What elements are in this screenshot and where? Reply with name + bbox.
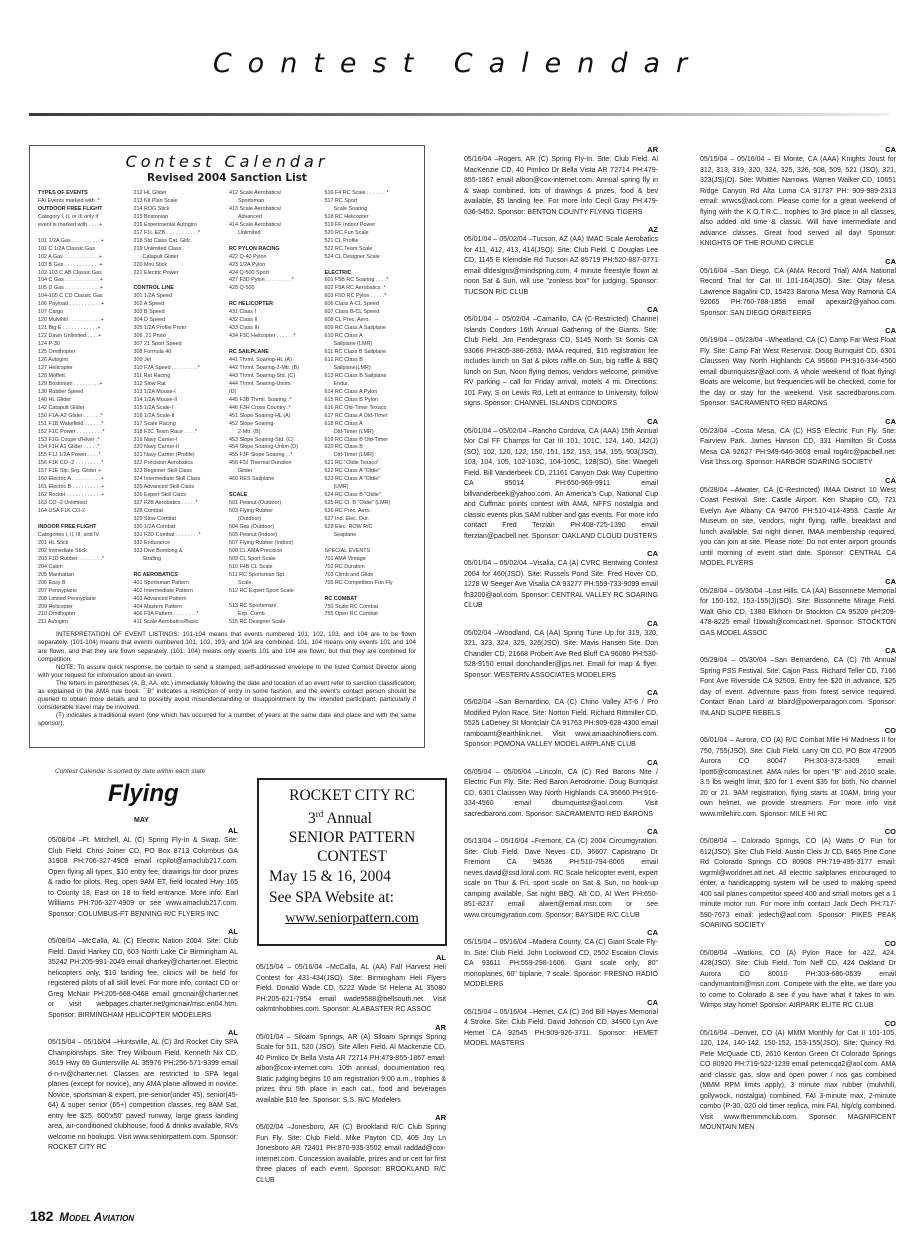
event-code: 163 CO -2 Unlimited	[38, 500, 130, 508]
state-label: CA	[464, 417, 658, 427]
spacer	[229, 484, 321, 492]
contest-entry: 05/01/04 – Siloam Springs, AR (A) Siloam…	[256, 1033, 446, 1107]
state-label: CA	[464, 758, 658, 768]
event-code: 213 Kit Plan Scale	[134, 198, 226, 206]
event-code: Old-Timer (LMR)	[325, 429, 417, 437]
event-code: Old-Timer (LMR)	[325, 452, 417, 460]
event-code: 509 CL Sport Scale	[229, 556, 321, 564]
event-code: 311 Rat Racing	[134, 373, 226, 381]
event-code: 220 Mini Stick	[134, 262, 226, 270]
state-label: CA	[700, 577, 896, 587]
state-label: AZ	[464, 225, 658, 235]
magazine-name: Model Aviation	[59, 1212, 134, 1224]
event-code: 422 Q-40 Pylon	[229, 254, 321, 262]
contest-entry: 05/23/04 –Costa Mesa, CA (C) HSS Electri…	[700, 427, 896, 469]
event-code: 512 RC Expert Sport Scale	[229, 588, 321, 596]
event-code: 702 RC Duration	[325, 564, 417, 572]
event-code: 505 Peanut (Indoor)	[229, 532, 321, 540]
event-code: 427 F3D Pylon . . . . . . . . .*	[229, 277, 321, 285]
category-header: RC AEROBATICS	[134, 572, 226, 580]
contest-entry: 05/02/04 –Woodland, CA (AA) Spring Tune …	[464, 629, 658, 682]
event-code: 326 Expert Skill Class	[134, 492, 226, 500]
event-code: 303 B Speed	[134, 309, 226, 317]
event-code: 606 Class A-CL Speed	[325, 301, 417, 309]
spacer	[134, 277, 226, 285]
note-paragraph: The letters in parentheses (A, B, AA, et…	[38, 680, 416, 712]
event-code: 217 F1L EZB . . . . . . . . . . .*	[134, 230, 226, 238]
event-code: 330 1/2A Combat	[134, 524, 226, 532]
category-header: RC SAILPLANE	[229, 349, 321, 357]
event-code: 609 RC Class A Sailplane	[325, 325, 417, 333]
event-code: 513 RC Sportsman/	[229, 603, 321, 611]
event-code: 432 Class II	[229, 317, 321, 325]
event-code: (LMR)	[325, 484, 417, 492]
event-code: 442 Thrml. Soaring-2-Mtr. (B)	[229, 365, 321, 373]
page-title: Contest Calendar	[0, 48, 916, 79]
event-code: 610 RC Class A	[325, 333, 417, 341]
event-code: 2-Mtr. (B)	[229, 429, 321, 437]
event-code: 156 F1K CO -2 . . . . . . . . .*	[38, 460, 130, 468]
contest-entry: 05/15/04 – 05/16/04 –McCalla, AL (AA) Fa…	[256, 963, 446, 1016]
event-code: Seaplane	[325, 532, 417, 540]
event-code: 444 Thrml. Soaring-Unlim.	[229, 381, 321, 389]
event-code: 615 RC Class B Pylon	[325, 397, 417, 405]
ad-line: 3rd Annual	[263, 805, 441, 828]
event-code: 142 Catapult Glider	[38, 405, 130, 413]
event-code: 522 RC Team Scale	[325, 246, 417, 254]
event-code: 221 Electric Power	[134, 270, 226, 278]
note-paragraph: (T) indicates a traditional event (one w…	[38, 712, 416, 728]
event-code: (Outdoor)	[229, 516, 321, 524]
sanction-box-title: Contest Calendar	[38, 152, 416, 171]
category-header: OUTDOOR FREE FLIGHT	[38, 206, 130, 214]
spacer	[134, 564, 226, 572]
event-code: Strafing	[134, 556, 226, 564]
contest-entry: 05/01/04 – Aurora, CO (A) R/C Combat Mil…	[700, 736, 896, 820]
event-code: 304 D Speed	[134, 317, 226, 325]
event-code: 406 F3A Pattern . . . . . . . .*	[134, 611, 226, 619]
event-code: (D)	[229, 389, 321, 397]
event-code: 520 RC Fun Scale	[325, 230, 417, 238]
event-code: 621 RC "Oldie Texaco"	[325, 460, 417, 468]
event-code: 152 F1C Power . . . . . . . . .*	[38, 429, 130, 437]
category-header: RC PYLON RACING	[229, 246, 321, 254]
event-code: 515 RC Designer Scale	[229, 619, 321, 627]
ad-annual: Annual	[323, 810, 372, 827]
sanction-column: 412 Scale Aerobatics/Sportsman413 Scale …	[229, 190, 321, 627]
event-code: 207 Pennyplane	[38, 588, 130, 596]
event-code: Category I, II, or III only if	[38, 214, 130, 222]
contest-entry: 05/01/04 – 05/02/04 –Rancho Cordova, CA …	[464, 427, 658, 543]
sanction-column: 516 F4 RC Scale . . . . . . .*517 RC Spo…	[325, 190, 417, 627]
spacer	[38, 230, 130, 238]
event-code: 622 RC Class A "Oldie"	[325, 468, 417, 476]
event-code: 616 RC Old-Timer Texaco	[325, 405, 417, 413]
sort-note: Contest Calendar is sorted by date withi…	[55, 768, 205, 775]
event-code: SPECIAL EVENTS	[325, 548, 417, 556]
event-code: 521 CL Profile	[325, 238, 417, 246]
event-code: 424 Q-500 Sport	[229, 270, 321, 278]
contest-entry: 05/15/04 – 05/16/04 –Madera County, CA (…	[464, 938, 658, 991]
spacer	[325, 540, 417, 548]
event-code: 428 Q-500	[229, 285, 321, 293]
event-code: 519 FF Indoor Power	[325, 222, 417, 230]
event-code: 601 F5B RC Soaring . . . .*	[325, 277, 417, 285]
event-code: 209 Helicopter	[38, 604, 130, 612]
event-code: 306 .21 Proto	[134, 333, 226, 341]
event-code: 443 Thrml. Soaring-Std. (C)	[229, 373, 321, 381]
event-code: 202 Immediate Stick	[38, 548, 130, 556]
page-number: 182	[30, 1208, 53, 1224]
event-code: 613 RC Class B Sailplane	[325, 373, 417, 381]
event-code: 516 F4 RC Scale . . . . . . .*	[325, 190, 417, 198]
event-code: 301 1/2A Speed	[134, 293, 226, 301]
category-header: RC HELICOPTER	[229, 301, 321, 309]
state-label: CA	[700, 476, 896, 486]
event-code: 310 F2A Speed . . . . . . . . .*	[134, 365, 226, 373]
event-code: 413 Scale Aerobatics/	[229, 206, 321, 214]
contest-entry: 05/15/04 – 05/16/04 – El Monte, CA (AAA)…	[700, 155, 896, 250]
contest-entry: 05/16/04 –Denver, CO (A) MMM Monthly for…	[700, 1029, 896, 1134]
note-paragraph: NOTE: To assure quick response, be certa…	[38, 664, 416, 680]
event-code: 318 F2C Team Race . . . .*	[134, 429, 226, 437]
event-code: 127 Helicopter	[38, 365, 130, 373]
contest-entry: 05/05/04 – 05/06/04 –Lincoln, CA (C) Red…	[464, 768, 658, 821]
spacer	[229, 596, 321, 604]
event-code: 404 Masters Pattern	[134, 604, 226, 612]
event-code: 107 Cargo	[38, 309, 130, 317]
state-label: CA	[464, 827, 658, 837]
event-code: 322 Precision Aerobatics	[134, 460, 226, 468]
contest-entry: 05/15/04 – 05/16/04 –Hemet, CA (C) 2nd B…	[464, 1008, 658, 1050]
rocket-city-ad: ROCKET CITY RC 3rd Annual SENIOR PATTERN…	[257, 778, 447, 946]
event-code: Categories I, II, III, and IV	[38, 532, 130, 540]
event-code: 317 Scale Racing	[134, 421, 226, 429]
contest-entry: 05/08/04 – Colorado Springs, CO (A) Watt…	[700, 837, 896, 932]
ad-line: SENIOR PATTERN	[263, 828, 441, 847]
event-code: 412 Scale Aerobatics/	[229, 190, 321, 198]
state-label: CA	[464, 928, 658, 938]
contest-entry: 05/01/04 – 05/02/04 –Visalia, CA (A) CVR…	[464, 559, 658, 612]
event-code: 120 Mulvihill . . . . . . . . . . .+	[38, 317, 130, 325]
contest-entry: 05/28/04 –Atwater, CA (C-Restricted) IMA…	[700, 486, 896, 570]
event-code: 212 HL Glider	[134, 190, 226, 198]
event-code: 320 Navy Carrier-II	[134, 444, 226, 452]
event-code: 625 RC Cl. B "Oldie" (LMR)	[325, 500, 417, 508]
event-code: 102-103 C AB Classic Gas	[38, 270, 130, 278]
sanction-column: TYPES OF EVENTSFAI Events marked with .*…	[38, 190, 130, 627]
event-code: 314 1/2A Mouse-II	[134, 397, 226, 405]
contest-entry: 05/02/04 –San Bernardino, CA (C) Chino V…	[464, 698, 658, 751]
event-code: 331 F2D Combat . . . . . . . .*	[134, 532, 226, 540]
event-code: 620 RC Class B	[325, 444, 417, 452]
event-code: 104 C Gas . . . . . . . . . . . .+	[38, 277, 130, 285]
contest-entry: 05/08/04 –Ft. Mitchell, AL (C) Spring Fl…	[48, 836, 238, 920]
interpretation-notes: INTERPRETATION OF EVENT LISTINGS: 101-10…	[38, 631, 416, 728]
event-code: 456 F3J Thermal Duration	[229, 460, 321, 468]
event-code: 204 Cabin	[38, 564, 130, 572]
event-code: Unlimited	[229, 230, 321, 238]
event-code: 216 Experimental Autogiro	[134, 222, 226, 230]
event-code: 305 1/2A Profile Proto	[134, 325, 226, 333]
sanction-columns: TYPES OF EVENTSFAI Events marked with .*…	[38, 190, 416, 627]
event-code: 441 Thrml. Soaring-HL (A)	[229, 357, 321, 365]
contest-entry: 05/29/04 – 05/30/04 –San Bernardeno, CA …	[700, 656, 896, 719]
event-code: 309 Jet	[134, 357, 226, 365]
event-code: 608 CL Prec. Aero.	[325, 317, 417, 325]
event-code: 126 Autogiro	[38, 357, 130, 365]
event-code: 124 P-30	[38, 341, 130, 349]
event-code: 315 1/2A Scale-I	[134, 405, 226, 413]
contest-entry: 05/28/04 – 05/30/04 –Lost Hills, CA (AA)…	[700, 587, 896, 640]
event-code: FAI Events marked with .*	[38, 198, 130, 206]
event-code: 451 Slope Soaring-HL (A)	[229, 413, 321, 421]
event-code: 103 B Gas . . . . . . . . . . . .+	[38, 262, 130, 270]
event-code: 454 Slope Soaring-Unlim (D)	[229, 444, 321, 452]
event-code: 219 Unlimited Class .	[134, 246, 226, 254]
state-label: CO	[700, 726, 896, 736]
event-code: 325 Advanced Skill Class	[134, 484, 226, 492]
listing-column-d: CA05/15/04 – 05/16/04 – El Monte, CA (AA…	[700, 145, 896, 1134]
category-header: ELECTRIC	[325, 270, 417, 278]
event-code: 460 RES Sailplane	[229, 476, 321, 484]
event-code: 504 Gas (Outdoor)	[229, 524, 321, 532]
ad-ordinal: 3	[308, 810, 316, 827]
listing-column-c: AR05/16/04 –Rogers, AR (C) Spring Fly-In…	[464, 145, 658, 1050]
event-code: 211 Autogiro	[38, 619, 130, 627]
ad-line: CONTEST	[263, 847, 441, 866]
event-code: 121 Big E . . . . . . . . . . . .+	[38, 325, 130, 333]
event-code: 154 F1H A1 Glider . . . . .*	[38, 444, 130, 452]
state-label: CA	[464, 305, 658, 315]
event-code: 208 Limited Pennyplane	[38, 596, 130, 604]
event-code: 323 Beginner Skill Class	[134, 468, 226, 476]
event-code: 302 A Speed	[134, 301, 226, 309]
state-label: AL	[256, 953, 446, 963]
event-code: 316 1/2A Scale-II	[134, 413, 226, 421]
state-label: CO	[700, 827, 896, 837]
state-label: CA	[464, 688, 658, 698]
contest-entry: 05/08/04 –McCalla, AL (C) Electric Natio…	[48, 937, 238, 1021]
spacer	[38, 516, 130, 524]
event-code: Endur.	[325, 381, 417, 389]
event-code: 433 Class III	[229, 325, 321, 333]
event-code: 423 1/2A Pylon	[229, 262, 321, 270]
event-code: 203 F1D Rubber . . . . . . . .*	[38, 556, 130, 564]
event-code: event is marked with . . . .+	[38, 222, 130, 230]
month-label: MAY	[134, 817, 149, 824]
event-code: 703 Climb and Glide	[325, 572, 417, 580]
state-label: CA	[700, 145, 896, 155]
event-code: 206 Easy B	[38, 580, 130, 588]
event-code: 319 Navy Carrier-I	[134, 437, 226, 445]
section-title: Flying	[108, 780, 179, 808]
event-code: 129 Bostonian . . . . . . . . .+	[38, 381, 130, 389]
event-code: 524 CL Designer Scale	[325, 254, 417, 262]
event-code: 128 Moffett	[38, 373, 130, 381]
note-paragraph: INTERPRETATION OF EVENT LISTINGS: 101-10…	[38, 631, 416, 663]
event-code: 201 HL Stick	[38, 540, 130, 548]
event-code: 101 1/2A Gas . . . . . . . . . .+	[38, 238, 130, 246]
event-code: 446 F3H Cross Country .*	[229, 405, 321, 413]
event-code: 611 RC Class B Sailplane	[325, 349, 417, 357]
event-code: 218 Std Class Cat. Gldr.	[134, 238, 226, 246]
event-code: Exp. Comb.	[229, 611, 321, 619]
sanction-list-box: Contest Calendar Revised 2004 Sanction L…	[29, 145, 425, 748]
event-code: 101 C 1/2A Classic Gas	[38, 246, 130, 254]
sanction-box-subtitle: Revised 2004 Sanction List	[38, 172, 416, 184]
event-code: 140 HL Glider	[38, 397, 130, 405]
event-code: 453 Slope Soaring-Std. (C)	[229, 437, 321, 445]
event-code: 618 RC Class A	[325, 421, 417, 429]
title-rule	[29, 113, 889, 116]
event-code: 411 Scale Aerobatics/Basic	[134, 619, 226, 627]
event-code: 623 RC Class A "Oldie"	[325, 476, 417, 484]
contest-entry: 05/16/04 –Rogers, AR (C) Spring Fly-In. …	[464, 155, 658, 218]
event-code: 402 Intermediate Pattern	[134, 588, 226, 596]
event-code: 162 Rocket . . . . . . . . . . . .+	[38, 492, 130, 500]
event-code: 210 Ornithopter	[38, 611, 130, 619]
state-label: AL	[48, 826, 238, 836]
event-code: 750 Scale RC Combat	[325, 604, 417, 612]
event-code: 434 F3C Helicopter . . . . . .*	[229, 333, 321, 341]
page-footer: 182 Model Aviation	[30, 1208, 134, 1224]
event-code: 205 Manhattan	[38, 572, 130, 580]
event-code: 313 1/2A Mouse-I	[134, 389, 226, 397]
state-label: CO	[700, 939, 896, 949]
spacer	[229, 238, 321, 246]
ad-line: ROCKET CITY RC	[263, 786, 441, 805]
spacer	[229, 341, 321, 349]
category-header: CONTROL LINE	[134, 285, 226, 293]
event-code: 312 Slow Rat	[134, 381, 226, 389]
event-code: 617 RC Class A Old-Timer	[325, 413, 417, 421]
contest-entry: 05/08/04 –Watkins, CO (A) Pylon Race for…	[700, 949, 896, 1012]
state-label: CA	[700, 417, 896, 427]
event-code: 333 Dive Bombing &	[134, 548, 226, 556]
event-code: Scale Soaring	[325, 206, 417, 214]
state-label: CO	[700, 1019, 896, 1029]
event-code: 508 CL AMA Precision	[229, 548, 321, 556]
event-code: 106 Payload . . . . . . . . . . .+	[38, 301, 130, 309]
spacer	[229, 293, 321, 301]
event-code: 327 F2B Aerobatics . . . . .*	[134, 500, 226, 508]
category-header: TYPES OF EVENTS	[38, 190, 130, 198]
event-code: 105 D Gas . . . . . . . . . . . .+	[38, 285, 130, 293]
contest-entry: 05/02/04 –Jonesboro, AR (C) Brookland R/…	[256, 1123, 446, 1186]
state-label: AL	[48, 927, 238, 937]
event-code: 517 RC Sport	[325, 198, 417, 206]
contest-entry: 05/01/04 – 05/02/04 –Tucson, AZ (AA) IMA…	[464, 235, 658, 298]
event-code: 445 F3B Thrml. Soaring .*	[229, 397, 321, 405]
event-code: 431 Class I	[229, 309, 321, 317]
event-code: 125 Ornithopter	[38, 349, 130, 357]
category-header: INDOOR FREE FLIGHT	[38, 524, 130, 532]
event-code: Scale	[229, 580, 321, 588]
event-code: 153 F1G Coupe d'Hiver .*	[38, 437, 130, 445]
event-code: 705 RC Competition Fun Fly	[325, 580, 417, 588]
spacer	[325, 262, 417, 270]
event-code: 215 Bostonian	[134, 214, 226, 222]
event-code: 503 Flying Rubber	[229, 508, 321, 516]
event-code: 701 AMA Vintage	[325, 556, 417, 564]
event-code: 308 Formula 40	[134, 349, 226, 357]
listing-column-b: AL05/15/04 – 05/16/04 –McCalla, AL (AA) …	[256, 953, 446, 1186]
event-code: 307 21 Sport Speed	[134, 341, 226, 349]
event-code: 401 Sportsman Pattern	[134, 580, 226, 588]
event-code: 602 F5A RC Aerobatics .*	[325, 285, 417, 293]
state-label: CA	[464, 998, 658, 1008]
event-code: Sportsman	[229, 198, 321, 206]
event-code: 122 Dawn Unlimited . . . .+	[38, 333, 130, 341]
event-code: 614 RC Class A Pylon	[325, 389, 417, 397]
state-label: CA	[700, 257, 896, 267]
state-label: CA	[700, 646, 896, 656]
spacer	[325, 588, 417, 596]
event-code: 214 ROG Stick	[134, 206, 226, 214]
event-code: 161 Electric B . . . . . . . . . .+	[38, 484, 130, 492]
event-code: 607 Class B-CL Speed	[325, 309, 417, 317]
event-code: 150 F1A-A2 Glider . . . . . .*	[38, 413, 130, 421]
event-code: 321 Navy Carrier (Profile)	[134, 452, 226, 460]
state-label: AL	[48, 1028, 238, 1038]
ad-line: See SPA Website at:	[263, 887, 441, 908]
event-code: 624 RC Class B "Oldie"	[325, 492, 417, 500]
event-code: 329 Slow Combat	[134, 516, 226, 524]
state-label: AR	[256, 1023, 446, 1033]
event-code: 328 Combat	[134, 508, 226, 516]
contest-entry: 05/13/04 – 05/16/04 –Fremont, CA (C) 200…	[464, 837, 658, 921]
event-code: 619 RC Class B Old-Timer	[325, 437, 417, 445]
event-code: Glider	[229, 468, 321, 476]
event-code: 452 Slope Soaring-	[229, 421, 321, 429]
event-code: Sailplane (LMR)	[325, 341, 417, 349]
event-code: 104-105 C CD Classic Gas	[38, 293, 130, 301]
event-code: 518 RC Helicopter	[325, 214, 417, 222]
event-code: 626 RC Prec. Aero.	[325, 508, 417, 516]
state-label: CA	[464, 619, 658, 629]
event-code: 455 F3F Slope Soaring . .*	[229, 452, 321, 460]
state-label: AR	[464, 145, 658, 155]
event-code: 603 F5D RC Pylon . . . . .*	[325, 293, 417, 301]
state-label: CA	[700, 326, 896, 336]
category-header: RC COMBAT	[325, 596, 417, 604]
ad-website-link[interactable]: www.seniorpattern.com	[263, 908, 441, 929]
event-code: 414 Scale Aerobatics/	[229, 222, 321, 230]
event-code: 612 RC Class B	[325, 357, 417, 365]
event-code: Catapult Glider	[134, 254, 226, 262]
sanction-column: 212 HL Glider213 Kit Plan Scale214 ROG S…	[134, 190, 226, 627]
event-code: Sailplane(LMR)	[325, 365, 417, 373]
listing-column-a: AL05/08/04 –Ft. Mitchell, AL (C) Spring …	[48, 826, 238, 1154]
event-code: 155 F1J 1/2A Power . . . .*	[38, 452, 130, 460]
event-code: 151 F1B Wakefield . . . . . .*	[38, 421, 130, 429]
state-label: CA	[464, 549, 658, 559]
event-code: 627 Ind. Elec. Dur.	[325, 516, 417, 524]
event-code: 130 Rubber Speed	[38, 389, 130, 397]
event-code: 510 F4B CL Scale	[229, 564, 321, 572]
event-code: 403 Advanced Pattern	[134, 596, 226, 604]
contest-entry: 05/01/04 – 05/02/04 –Camarillo, CA (C-Re…	[464, 315, 658, 410]
event-code: 324 Intermediate Skill Class	[134, 476, 226, 484]
event-code: 755 Open RC Combat	[325, 611, 417, 619]
event-code: 332 Endurance	[134, 540, 226, 548]
event-code: 507 Flying Rubber (Indoor)	[229, 540, 321, 548]
event-code: 628 Elec. ROW R/C	[325, 524, 417, 532]
ad-date: May 15 & 16, 2004	[263, 866, 441, 887]
event-code: 511 RC Sportsman Spt.	[229, 572, 321, 580]
contest-entry: 05/16/04 –San Diego, CA (AMA Record Tria…	[700, 267, 896, 320]
